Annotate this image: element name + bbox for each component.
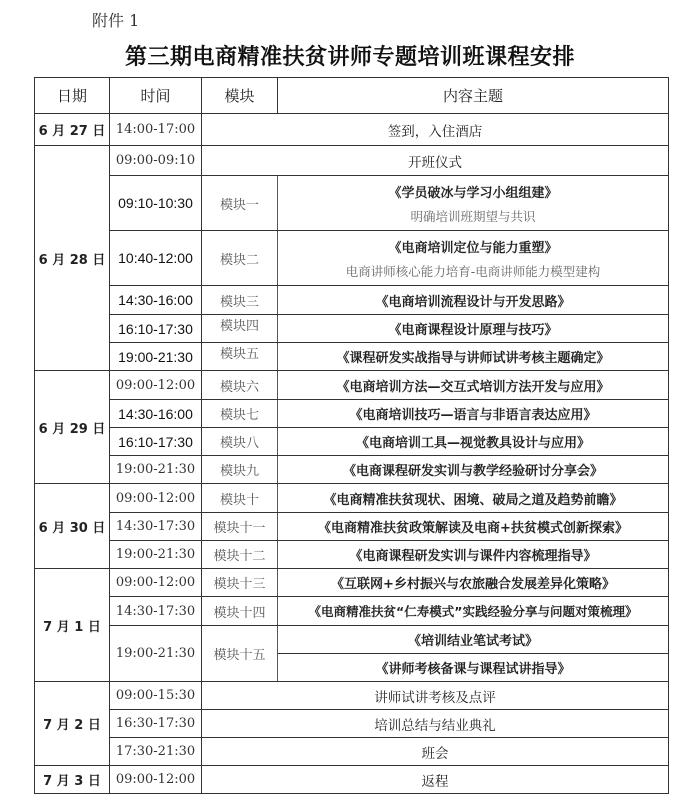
module-cell: 模块三 — [202, 286, 278, 315]
topic-cell: 签到，入住酒店 — [202, 114, 669, 146]
topic-cell: 《电商课程研发实训与课件内容梳理指导》 — [278, 541, 669, 569]
header-row: 日期 时间 模块 内容主题 — [35, 78, 669, 114]
topic-cell: 《电商精准扶贫“仁寿模式”实践经验分享与问题对策梳理》 — [278, 597, 669, 626]
topic-cell: 班会 — [202, 738, 669, 766]
table-row: 7 月 2 日 09:00-15:30 讲师试讲考核及点评 — [35, 682, 669, 710]
table-row: 14:30-16:00 模块七 《电商培训技巧—语言与非语言表达应用》 — [35, 400, 669, 428]
topic-title: 《学员破冰与学习小组组建》 — [388, 186, 557, 201]
table-row: 17:30-21:30 班会 — [35, 738, 669, 766]
topic-cell: 《电商培训方法—交互式培训方法开发与应用》 — [278, 371, 669, 400]
table-row: 6 月 28 日 09:00-09:10 开班仪式 — [35, 146, 669, 176]
time-cell: 09:00-09:10 — [110, 146, 202, 176]
table-row: 6 月 27 日 14:00-17:00 签到，入住酒店 — [35, 114, 669, 146]
topic-title: 《电商培训定位与能力重塑》 — [388, 241, 557, 256]
time-cell: 16:10-17:30 — [110, 428, 202, 456]
time-cell: 16:10-17:30 — [110, 315, 202, 343]
time-cell: 09:00-12:00 — [110, 569, 202, 597]
topic-cell: 开班仪式 — [202, 146, 669, 176]
time-cell: 09:00-12:00 — [110, 484, 202, 513]
page-title: 第三期电商精准扶贫讲师专题培训班课程安排 — [0, 40, 700, 71]
date-cell: 7 月 2 日 — [35, 682, 110, 766]
table-row: 19:00-21:30 模块十二 《电商课程研发实训与课件内容梳理指导》 — [35, 541, 669, 569]
time-cell: 17:30-21:30 — [110, 738, 202, 766]
time-cell: 09:00-12:00 — [110, 371, 202, 400]
time-cell: 09:00-15:30 — [110, 682, 202, 710]
topic-cell: 《学员破冰与学习小组组建》 明确培训班期望与共识 — [278, 176, 669, 231]
header-topic: 内容主题 — [278, 78, 669, 114]
table-row: 19:00-21:30 模块十五 《培训结业笔试考试》 — [35, 626, 669, 654]
topic-subtitle: 明确培训班期望与共识 — [278, 207, 668, 225]
table-row: 14:30-16:00 模块三 《电商培训流程设计与开发思路》 — [35, 286, 669, 315]
topic-cell: 《互联网+乡村振兴与农旅融合发展差异化策略》 — [278, 569, 669, 597]
time-cell: 14:30-16:00 — [110, 400, 202, 428]
topic-cell: 《讲师考核备课与课程试讲指导》 — [278, 654, 669, 682]
topic-cell: 《电商精准扶贫政策解读及电商+扶贫模式创新探索》 — [278, 513, 669, 541]
module-cell: 模块一 — [202, 176, 278, 231]
table-row: 10:40-12:00 模块二 《电商培训定位与能力重塑》 电商讲师核心能力培育… — [35, 231, 669, 286]
module-cell: 模块六 — [202, 371, 278, 400]
module-cell: 模块十五 — [202, 626, 278, 682]
table-row: 16:10-17:30 模块四 《电商课程设计原理与技巧》 — [35, 315, 669, 343]
table-row: 16:10-17:30 模块八 《电商培训工具—视觉教具设计与应用》 — [35, 428, 669, 456]
time-cell: 14:30-16:00 — [110, 286, 202, 315]
table-row: 19:00-21:30 模块九 《电商课程研发实训与教学经验研讨分享会》 — [35, 456, 669, 484]
module-cell: 模块十一 — [202, 513, 278, 541]
topic-cell: 《电商精准扶贫现状、困境、破局之道及趋势前瞻》 — [278, 484, 669, 513]
topic-cell: 《电商培训技巧—语言与非语言表达应用》 — [278, 400, 669, 428]
topic-cell: 返程 — [202, 766, 669, 794]
table-row: 19:00-21:30 模块五 《课程研发实战指导与讲师试讲考核主题确定》 — [35, 343, 669, 371]
time-cell: 19:00-21:30 — [110, 626, 202, 682]
topic-subtitle: 电商讲师核心能力培育-电商讲师能力模型建构 — [278, 262, 668, 280]
table-row: 14:30-17:30 模块十一 《电商精准扶贫政策解读及电商+扶贫模式创新探索… — [35, 513, 669, 541]
table-row: 14:30-17:30 模块十四 《电商精准扶贫“仁寿模式”实践经验分享与问题对… — [35, 597, 669, 626]
time-cell: 10:40-12:00 — [110, 231, 202, 286]
date-cell: 6 月 30 日 — [35, 484, 110, 569]
header-date: 日期 — [35, 78, 110, 114]
date-cell: 6 月 28 日 — [35, 146, 110, 371]
time-cell: 19:00-21:30 — [110, 343, 202, 371]
topic-cell: 讲师试讲考核及点评 — [202, 682, 669, 710]
time-cell: 16:30-17:30 — [110, 710, 202, 738]
header-module: 模块 — [202, 78, 278, 114]
table-row: 6 月 30 日 09:00-12:00 模块十 《电商精准扶贫现状、困境、破局… — [35, 484, 669, 513]
module-cell: 模块七 — [202, 400, 278, 428]
module-cell: 模块八 — [202, 428, 278, 456]
table-row: 09:10-10:30 模块一 《学员破冰与学习小组组建》 明确培训班期望与共识 — [35, 176, 669, 231]
time-cell: 14:30-17:30 — [110, 597, 202, 626]
topic-cell: 《电商培训定位与能力重塑》 电商讲师核心能力培育-电商讲师能力模型建构 — [278, 231, 669, 286]
module-cell: 模块十四 — [202, 597, 278, 626]
topic-cell: 《课程研发实战指导与讲师试讲考核主题确定》 — [278, 343, 669, 371]
module-cell: 模块五 — [202, 343, 278, 371]
topic-cell: 《电商课程设计原理与技巧》 — [278, 315, 669, 343]
topic-cell: 《电商培训工具—视觉教具设计与应用》 — [278, 428, 669, 456]
schedule-table: 日期 时间 模块 内容主题 6 月 27 日 14:00-17:00 签到，入住… — [34, 77, 669, 794]
time-cell: 19:00-21:30 — [110, 541, 202, 569]
module-cell: 模块九 — [202, 456, 278, 484]
date-cell: 6 月 29 日 — [35, 371, 110, 484]
header-time: 时间 — [110, 78, 202, 114]
topic-cell: 《培训结业笔试考试》 — [278, 626, 669, 654]
time-cell: 09:10-10:30 — [110, 176, 202, 231]
module-cell: 模块十二 — [202, 541, 278, 569]
module-cell: 模块四 — [202, 315, 278, 343]
time-cell: 09:00-12:00 — [110, 766, 202, 794]
date-cell: 7 月 1 日 — [35, 569, 110, 682]
topic-cell: 培训总结与结业典礼 — [202, 710, 669, 738]
date-cell: 6 月 27 日 — [35, 114, 110, 146]
time-cell: 14:30-17:30 — [110, 513, 202, 541]
table-row: 16:30-17:30 培训总结与结业典礼 — [35, 710, 669, 738]
table-row: 6 月 29 日 09:00-12:00 模块六 《电商培训方法—交互式培训方法… — [35, 371, 669, 400]
attachment-label: 附件 1 — [92, 8, 139, 31]
table-row: 7 月 1 日 09:00-12:00 模块十三 《互联网+乡村振兴与农旅融合发… — [35, 569, 669, 597]
topic-cell: 《电商课程研发实训与教学经验研讨分享会》 — [278, 456, 669, 484]
module-cell: 模块二 — [202, 231, 278, 286]
time-cell: 14:00-17:00 — [110, 114, 202, 146]
module-cell: 模块十 — [202, 484, 278, 513]
module-cell: 模块十三 — [202, 569, 278, 597]
table-row: 7 月 3 日 09:00-12:00 返程 — [35, 766, 669, 794]
date-cell: 7 月 3 日 — [35, 766, 110, 794]
time-cell: 19:00-21:30 — [110, 456, 202, 484]
topic-cell: 《电商培训流程设计与开发思路》 — [278, 286, 669, 315]
